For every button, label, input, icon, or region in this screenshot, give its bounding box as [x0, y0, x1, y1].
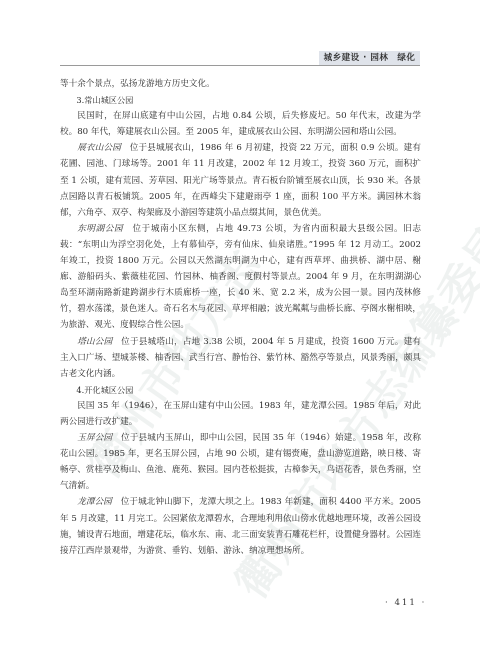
body-text: 等十余个景点，弘扬龙游地方历史文化。 3.常山城区公园 民国时，在屏山底建有中山…: [60, 76, 421, 559]
entry-text: 位于县城展衣山，1986 年 6 月初建，投资 22 万元，面积 0.9 公顷。…: [60, 143, 421, 217]
page-number: · 411 ·: [385, 598, 426, 608]
entry-name: 玉屏公园: [77, 433, 112, 443]
section-tag: 城乡建设 · 园林 绿化: [319, 51, 420, 65]
section-heading: 4.开化城区公园: [60, 382, 421, 398]
header-rule: [60, 65, 420, 66]
paragraph: 等十余个景点，弘扬龙游地方历史文化。: [60, 76, 421, 92]
entry-paragraph: 玉屏公园 位于县城内玉屏山，即中山公园，民国 35 年（1946）始建。1958…: [60, 430, 421, 494]
entry-text: 位于城南小区东侧，占地 49.73 公顷，为省内面积最大县级公园。旧志载：“东明…: [60, 224, 421, 331]
entry-name: 东明湖公园: [77, 224, 123, 234]
entry-name: 龙潭公园: [77, 497, 112, 507]
entry-text: 位于县城塔山，占地 3.38 公顷，2004 年 5 月建成，投资 1600 万…: [60, 337, 421, 379]
entry-paragraph: 龙潭公园 位于城北钟山脚下，龙潭大坝之上。1983 年新建，面积 4400 平方…: [60, 494, 421, 558]
entry-paragraph: 展衣山公园 位于县城展衣山，1986 年 6 月初建，投资 22 万元，面积 0…: [60, 140, 421, 220]
entry-name: 展衣山公园: [77, 143, 121, 153]
entry-text: 位于城北钟山脚下，龙潭大坝之上。1983 年新建，面积 4400 平方米。200…: [60, 497, 421, 555]
entry-paragraph: 东明湖公园 位于城南小区东侧，占地 49.73 公顷，为省内面积最大县级公园。旧…: [60, 221, 421, 334]
entry-text: 位于县城内玉屏山，即中山公园，民国 35 年（1946）始建。1958 年，改称…: [60, 433, 421, 491]
paragraph: 民国 35 年（1946），在玉屏山建有中山公园。1983 年，建龙潭公园。19…: [60, 398, 421, 430]
entry-paragraph: 塔山公园 位于县城塔山，占地 3.38 公顷，2004 年 5 月建成，投资 1…: [60, 334, 421, 382]
entry-name: 塔山公园: [77, 337, 112, 347]
section-heading: 3.常山城区公园: [60, 92, 421, 108]
paragraph: 民国时，在屏山底建有中山公园，占地 0.84 公顷，后失修废圮。50 年代末，改…: [60, 108, 421, 140]
